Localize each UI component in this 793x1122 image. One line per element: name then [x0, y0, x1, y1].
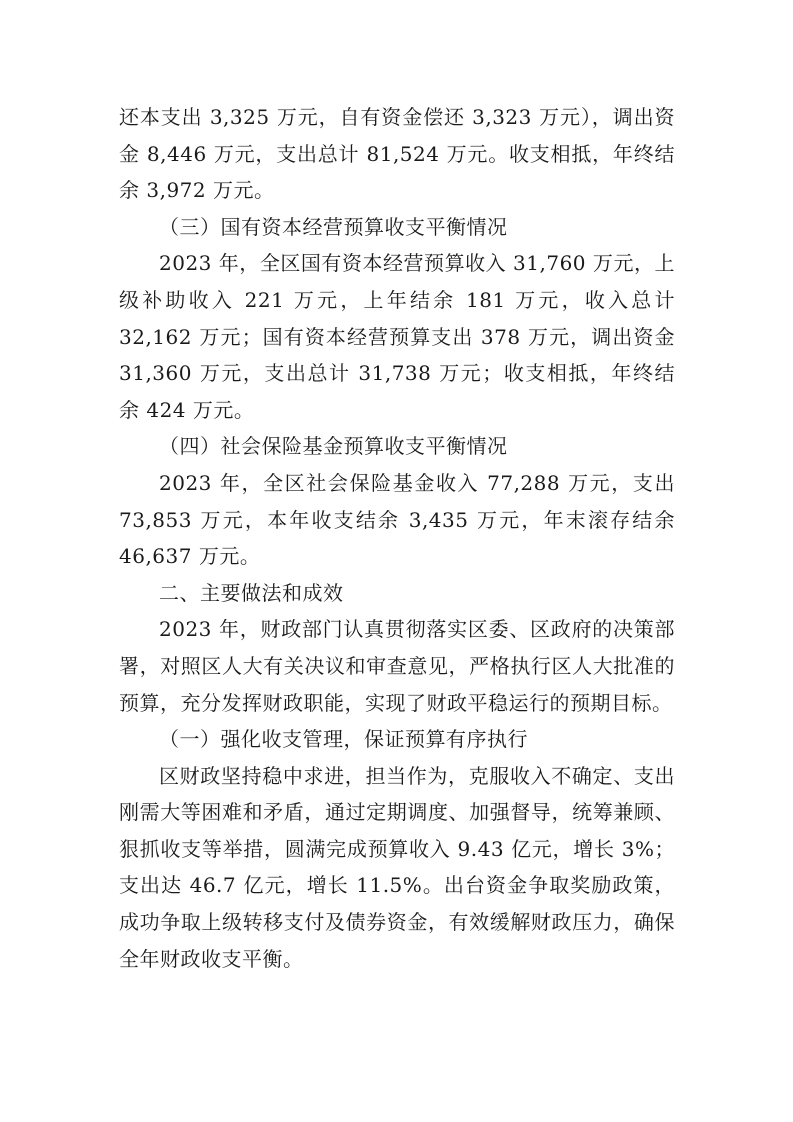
paragraph-state-capital-budget: 2023 年，全区国有资本经营预算收入 31,760 万元，上级补助收入 221… — [119, 245, 675, 428]
paragraph-main-practices-intro: 2023 年，财政部门认真贯彻落实区委、区政府的决策部署，对照区人大有关决议和审… — [119, 611, 675, 721]
section-heading-main-practices: 二、主要做法和成效 — [119, 575, 675, 612]
subheading-social-insurance-budget: （四）社会保险基金预算收支平衡情况 — [119, 428, 675, 465]
document-page: 还本支出 3,325 万元，自有资金偿还 3,323 万元），调出资金 8,44… — [119, 99, 675, 977]
paragraph-general-budget-continued: 还本支出 3,325 万元，自有资金偿还 3,323 万元），调出资金 8,44… — [119, 99, 675, 209]
paragraph-strengthen-management: 区财政坚持稳中求进，担当作为，克服收入不确定、支出刚需大等困难和矛盾，通过定期调… — [119, 758, 675, 978]
paragraph-social-insurance-budget: 2023 年，全区社会保险基金收入 77,288 万元，支出 73,853 万元… — [119, 465, 675, 575]
subheading-strengthen-management: （一）强化收支管理，保证预算有序执行 — [119, 721, 675, 758]
subheading-state-capital-budget: （三）国有资本经营预算收支平衡情况 — [119, 209, 675, 246]
